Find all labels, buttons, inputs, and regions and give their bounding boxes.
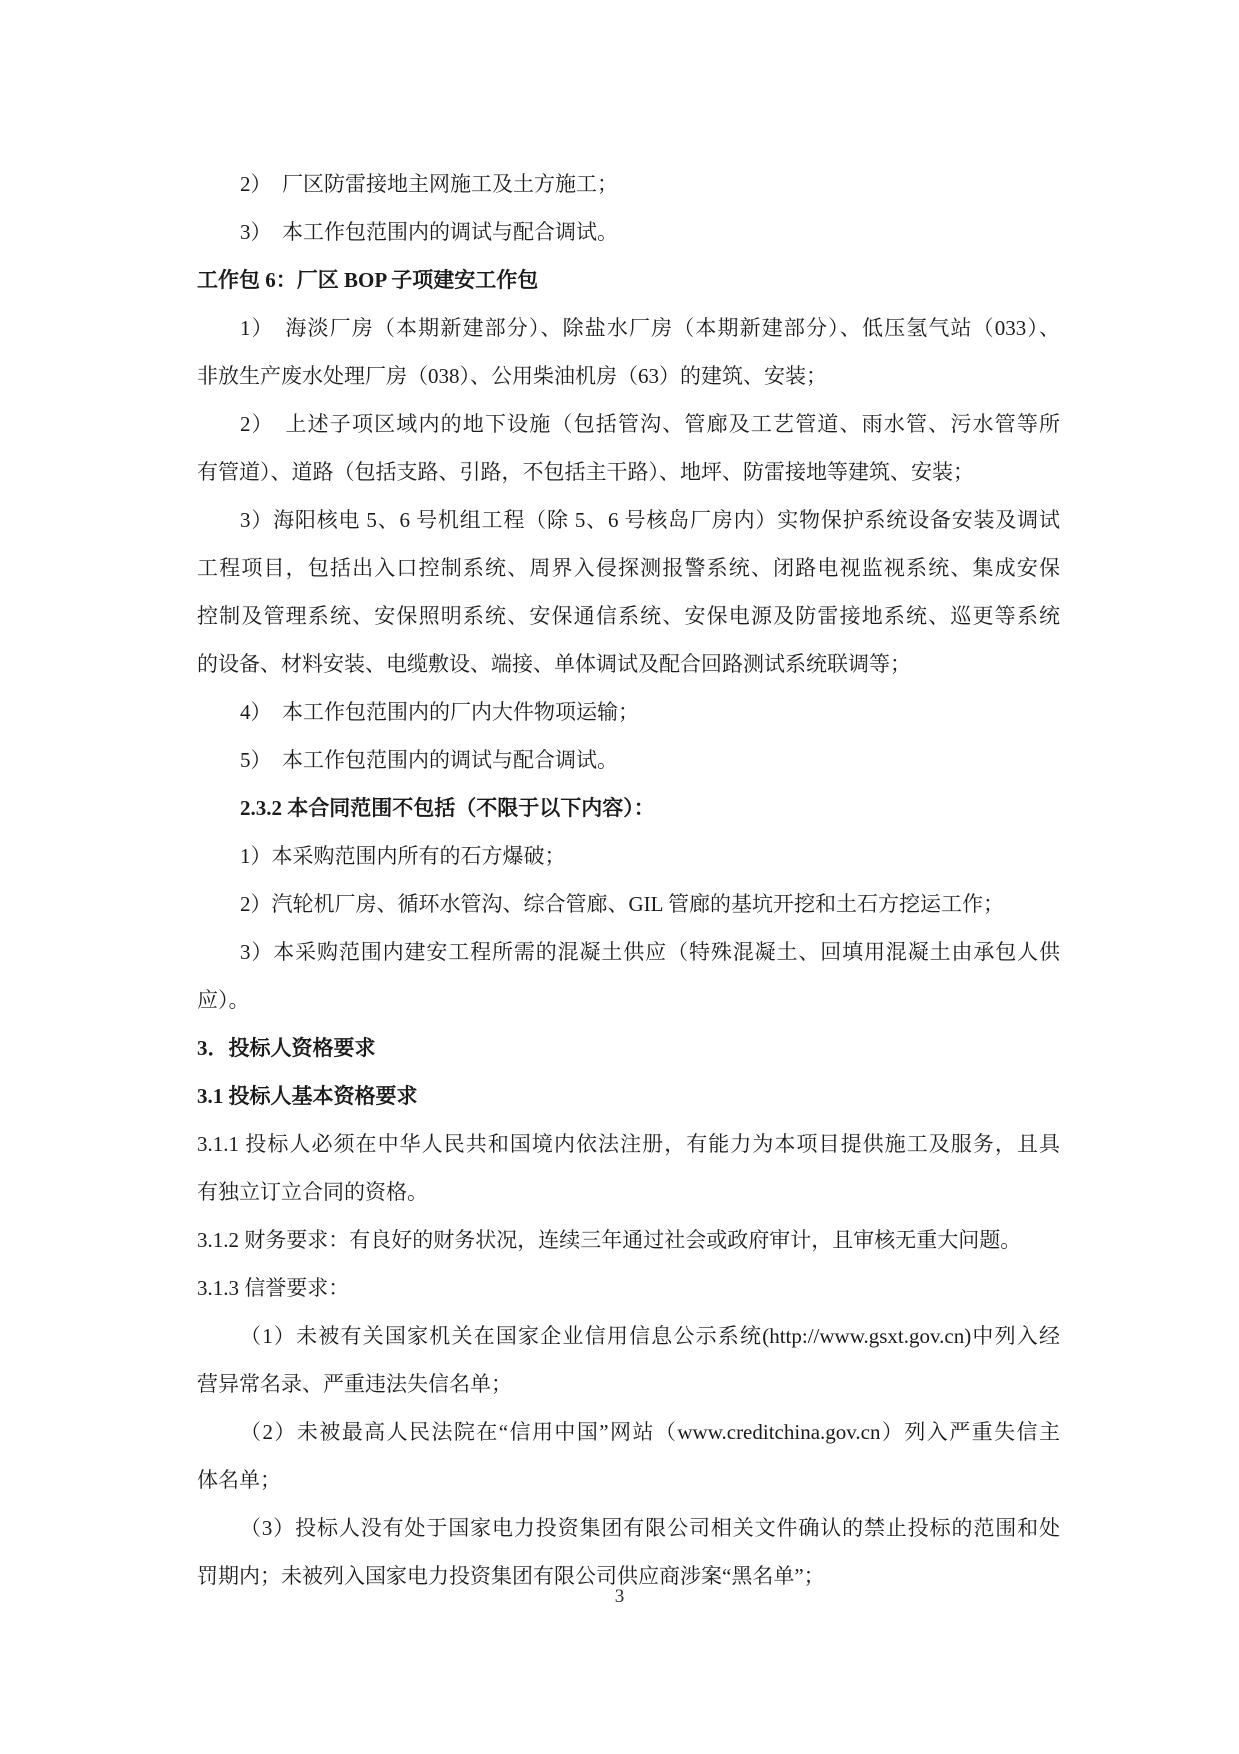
document-body: 2） 厂区防雷接地主网施工及土方施工；3） 本工作包范围内的调试与配合调试。工作… <box>197 160 1060 1600</box>
text-line: 工作包 6：厂区 BOP 子项建安工作包 <box>197 256 1060 304</box>
text-line: 2） 厂区防雷接地主网施工及土方施工； <box>197 160 1060 208</box>
text-line: 控制及管理系统、安保照明系统、安保通信系统、安保电源及防雷接地系统、巡更等系统 <box>197 592 1060 640</box>
text-line: 营异常名录、严重违法失信名单； <box>197 1360 1060 1408</box>
text-line: 工程项目，包括出入口控制系统、周界入侵探测报警系统、闭路电视监视系统、集成安保 <box>197 544 1060 592</box>
text-line: 3）本采购范围内建安工程所需的混凝土供应（特殊混凝土、回填用混凝土由承包人供 <box>197 928 1060 976</box>
document-page: 2） 厂区防雷接地主网施工及土方施工；3） 本工作包范围内的调试与配合调试。工作… <box>0 0 1239 1754</box>
text-line: 1）本采购范围内所有的石方爆破； <box>197 832 1060 880</box>
page-number: 3 <box>0 1585 1239 1609</box>
text-line: 非放生产废水处理厂房（038）、公用柴油机房（63）的建筑、安装； <box>197 352 1060 400</box>
text-line: 5） 本工作包范围内的调试与配合调试。 <box>197 736 1060 784</box>
text-line: 2） 上述子项区域内的地下设施（包括管沟、管廊及工艺管道、雨水管、污水管等所 <box>197 400 1060 448</box>
text-line: 2.3.2 本合同范围不包括（不限于以下内容）： <box>197 784 1060 832</box>
text-line: 3） 本工作包范围内的调试与配合调试。 <box>197 208 1060 256</box>
text-line: 有独立订立合同的资格。 <box>197 1168 1060 1216</box>
text-line: 3.1.3 信誉要求： <box>197 1264 1060 1312</box>
text-line: 的设备、材料安装、电缆敷设、端接、单体调试及配合回路测试系统联调等； <box>197 640 1060 688</box>
text-line: 2）汽轮机厂房、循环水管沟、综合管廊、GIL 管廊的基坑开挖和土石方挖运工作； <box>197 880 1060 928</box>
text-line: 3.1.1 投标人必须在中华人民共和国境内依法注册，有能力为本项目提供施工及服务… <box>197 1120 1060 1168</box>
text-line: 1） 海淡厂房（本期新建部分）、除盐水厂房（本期新建部分）、低压氢气站（033）… <box>197 304 1060 352</box>
text-line: 3）海阳核电 5、6 号机组工程（除 5、6 号核岛厂房内）实物保护系统设备安装… <box>197 496 1060 544</box>
text-line: （3）投标人没有处于国家电力投资集团有限公司相关文件确认的禁止投标的范围和处 <box>197 1504 1060 1552</box>
text-line: 3.1 投标人基本资格要求 <box>197 1072 1060 1120</box>
text-line: （2）未被最高人民法院在“信用中国”网站（www.creditchina.gov… <box>197 1408 1060 1456</box>
text-line: 4） 本工作包范围内的厂内大件物项运输； <box>197 688 1060 736</box>
text-line: 有管道）、道路（包括支路、引路，不包括主干路）、地坪、防雷接地等建筑、安装； <box>197 448 1060 496</box>
text-line: 体名单； <box>197 1456 1060 1504</box>
text-line: 应）。 <box>197 976 1060 1024</box>
text-line: 3．投标人资格要求 <box>197 1024 1060 1072</box>
text-line: 3.1.2 财务要求：有良好的财务状况，连续三年通过社会或政府审计，且审核无重大… <box>197 1216 1060 1264</box>
text-line: （1）未被有关国家机关在国家企业信用信息公示系统(http://www.gsxt… <box>197 1312 1060 1360</box>
